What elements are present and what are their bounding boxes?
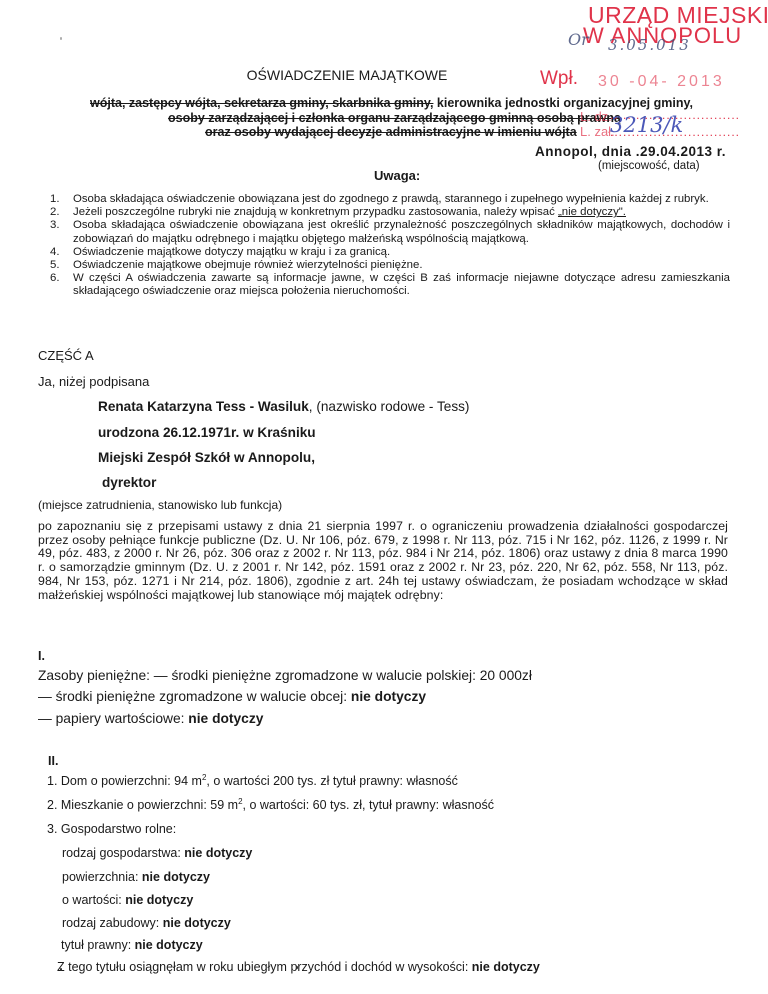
handwritten-mark: Or [568, 30, 589, 49]
notice-item: 5.Oświadczenie majątkowe obejmuje równie… [50, 259, 730, 272]
declarant-intro: Ja, niżej podpisana [38, 374, 149, 389]
notice-item: 2.Jeżeli poszczególne rubryki nie znajdu… [50, 206, 730, 219]
struck-officials: wójta, zastępcy wójta, sekretarza gminy,… [90, 96, 433, 110]
notice-item: 3.Osoba składająca oświadczenie obowiąza… [50, 219, 730, 245]
registry-lb-label: L. dz. [580, 109, 612, 124]
notice-number: 5. [50, 259, 60, 272]
farm-field: powierzchnia: nie dotyczy [62, 870, 210, 884]
farm-income-value: nie dotyczy [472, 960, 540, 974]
securities-line: — papiery wartościowe: nie dotyczy [38, 711, 263, 726]
handwritten-stamp-number: 3.05.013 [608, 36, 691, 54]
notice-text: Osoba składająca oświadczenie obowiązana… [73, 193, 709, 205]
cash-foreign-line: — środki pieniężne zgromadzone w walucie… [38, 689, 426, 704]
farm-field: rodzaj gospodarstwa: nie dotyczy [62, 846, 252, 860]
notice-text: Jeżeli poszczególne rubryki nie znajdują… [73, 206, 558, 218]
notice-text: Osoba składająca oświadczenie obowiązana… [73, 219, 730, 244]
maiden-name: , (nazwisko rodowe - Tess) [309, 399, 470, 414]
notice-item: 4.Oświadczenie majątkowe dotyczy majątku… [50, 246, 730, 259]
farm-field-label: powierzchnia: [62, 870, 142, 884]
notice-number: 4. [50, 246, 60, 259]
farm-heading: 3. Gospodarstwo rolne: [47, 822, 176, 836]
farm-field-label: tytuł prawny: [61, 938, 135, 952]
subtitle-line-3: oraz osoby wydającej decyzje administrac… [205, 125, 577, 139]
flat-text: 2. Mieszkanie o powierzchni: 59 m [47, 798, 238, 812]
farm-field: tytuł prawny: nie dotyczy [61, 938, 203, 952]
cash-pln-label: Zasoby pieniężne: — środki pieniężne zgr… [38, 668, 480, 683]
scan-speck [296, 966, 298, 969]
farm-field: o wartości: nie dotyczy [62, 893, 193, 907]
farm-income-line: Z tego tytułu osiągnęłam w roku ubiegłym… [57, 960, 540, 974]
flat-line: 2. Mieszkanie o powierzchni: 59 m2, o wa… [47, 797, 494, 812]
securities-value: nie dotyczy [188, 711, 263, 726]
farm-field-label: rodzaj gospodarstwa: [62, 846, 184, 860]
cash-pln-line: Zasoby pieniężne: — środki pieniężne zgr… [38, 668, 532, 683]
place-date-caption: (miejscowość, data) [598, 160, 700, 172]
notice-heading: Uwaga: [374, 168, 420, 183]
cash-foreign-value: nie dotyczy [351, 689, 426, 704]
notice-number: 3. [50, 219, 60, 232]
cash-pln-value: 20 000zł [480, 668, 532, 683]
notice-text: W części A oświadczenia zawarte są infor… [73, 272, 730, 297]
notice-list: 1.Osoba składająca oświadczenie obowiąza… [50, 193, 730, 299]
farm-field-value: nie dotyczy [184, 846, 252, 860]
handwritten-registry-number: 3213/k [610, 113, 683, 137]
flat-text-rest: , o wartości: 60 tys. zł, tytuł prawny: … [243, 798, 494, 812]
scan-speck [60, 968, 62, 971]
house-text-rest: , o wartości 200 tys. zł tytuł prawny: w… [206, 774, 457, 788]
farm-field-value: nie dotyczy [125, 893, 193, 907]
legal-statement: po zapoznaniu się z przepisami ustawy z … [38, 520, 728, 602]
farm-field-value: nie dotyczy [142, 870, 210, 884]
securities-label: — papiery wartościowe: [38, 711, 188, 726]
notice-item: 6.W części A oświadczenia zawarte są inf… [50, 272, 730, 298]
notice-text: Oświadczenie majątkowe obejmuje również … [73, 259, 422, 271]
farm-field-label: o wartości: [62, 893, 125, 907]
not-applicable-phrase: „nie dotyczy". [558, 206, 626, 218]
farm-field: rodzaj zabudowy: nie dotyczy [62, 916, 231, 930]
birth-info: urodzona 26.12.1971r. w Kraśniku [98, 425, 316, 440]
notice-number: 6. [50, 272, 60, 285]
notice-item: 1.Osoba składająca oświadczenie obowiąza… [50, 193, 730, 206]
farm-income-label: Z tego tytułu osiągnęłam w roku ubiegłym… [57, 960, 472, 974]
subtitle-line-2: osoby zarządzającej i członka organu zar… [168, 111, 621, 125]
document-title: OŚWIADCZENIE MAJĄTKOWE [0, 67, 768, 83]
declarant-name-line: Renata Katarzyna Tess - Wasiluk, (nazwis… [98, 399, 469, 414]
farm-field-label: rodzaj zabudowy: [62, 916, 163, 930]
farm-field-value: nie dotyczy [163, 916, 231, 930]
document-title-text: OŚWIADCZENIE MAJĄTKOWE [247, 67, 448, 83]
position: dyrektor [102, 475, 156, 490]
section-1-heading: I. [38, 649, 45, 663]
notice-text: Oświadczenie majątkowe dotyczy majątku w… [73, 246, 390, 258]
notice-number: 2. [50, 206, 60, 219]
subtitle-line-1: wójta, zastępcy wójta, sekretarza gminy,… [90, 96, 693, 110]
scan-speck [60, 37, 62, 40]
place-and-date: Annopol, dnia .29.04.2013 r. [535, 144, 726, 159]
farm-field-value: nie dotyczy [135, 938, 203, 952]
workplace-caption: (miejsce zatrudnienia, stanowisko lub fu… [38, 498, 282, 512]
house-text: 1. Dom o powierzchni: 94 m [47, 774, 202, 788]
house-line: 1. Dom o powierzchni: 94 m2, o wartości … [47, 773, 458, 788]
notice-number: 1. [50, 193, 60, 206]
cash-foreign-label: — środki pieniężne zgromadzone w walucie… [38, 689, 351, 704]
section-2-heading: II. [48, 754, 58, 768]
workplace: Miejski Zespół Szkół w Annopolu, [98, 450, 315, 465]
part-a-heading: CZĘŚĆ A [38, 348, 94, 363]
declarant-name: Renata Katarzyna Tess - Wasiluk [98, 399, 309, 414]
